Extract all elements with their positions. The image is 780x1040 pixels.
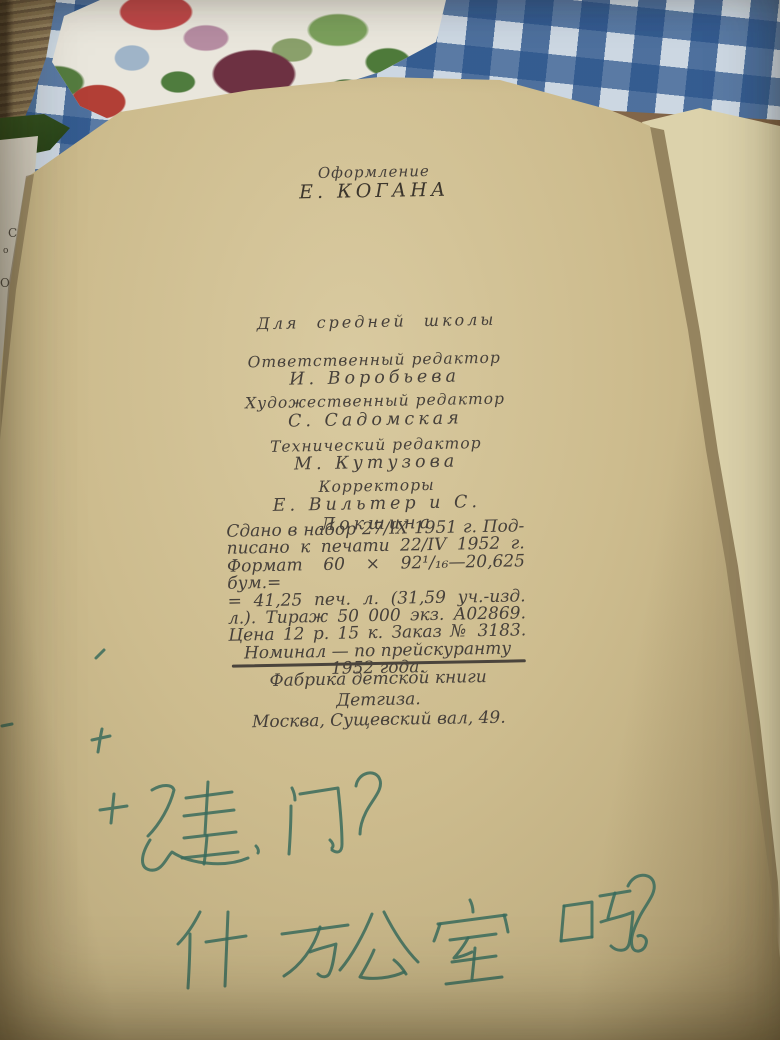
design-credit-name: Е. КОГАНА <box>254 178 494 204</box>
audience-line: Для средней школы <box>231 309 521 333</box>
handwriting-stray-marks <box>2 650 110 752</box>
imprint-line: Сдано в набор 27/IX 1951 г. Под- <box>226 518 524 541</box>
photo-vignette <box>0 0 780 1040</box>
marginal-letter: С <box>8 226 17 240</box>
page-edge-shadow <box>0 0 780 1040</box>
staff-name: М. Кутузова <box>231 450 521 475</box>
handwriting-transcription-line1: 进 门 ? <box>0 0 1 1</box>
handwriting-overlay <box>0 0 780 1040</box>
design-credit-label: Оформление <box>274 161 474 183</box>
photo-of-book-colophon: С о О Оформление Е. КОГАНА Для средней ш… <box>0 0 780 1040</box>
staff-role: Ответственный редактор <box>229 348 519 371</box>
green-fabric-leaves <box>0 0 80 165</box>
imprint-line: = 41,25 печ. л. (31,59 уч.-изд. <box>228 588 526 611</box>
handwriting-line-2 <box>178 875 654 988</box>
publisher-line: Фабрика детской книги Детгиза. <box>227 666 530 713</box>
underlying-page <box>0 0 780 1040</box>
staff-role: Технический редактор <box>231 433 521 456</box>
imprint-line: писано к печати 22/IV 1952 г. <box>227 536 525 559</box>
page-left-edge-shadow <box>0 0 780 1040</box>
imprint-block: Сдано в набор 27/IX 1951 г. Под- писано … <box>226 518 527 680</box>
floral-fabric <box>36 0 446 135</box>
staff-name: С. Садомская <box>230 407 520 432</box>
colophon-page <box>0 0 780 1040</box>
staff-name: И. Воробьева <box>229 365 519 390</box>
marginal-letter: о <box>3 246 8 256</box>
imprint-line: Номинал — по прейскуранту <box>228 640 526 663</box>
book-cover-edge <box>0 0 780 200</box>
publisher-line: Москва, Сущевский вал, 49. <box>228 707 530 733</box>
gingham-tablecloth <box>0 0 780 251</box>
printed-colophon-text: Оформление Е. КОГАНА Для средней школы О… <box>0 0 780 1040</box>
staff-name: Е. Вильтер и С. Локшина <box>227 491 528 536</box>
imprint-line: л.). Тираж 50 000 экз. А02869. <box>228 605 526 628</box>
imprint-line: Цена 12 р. 15 к. Заказ № 3183. <box>228 623 526 646</box>
staff-role: Художественный редактор <box>230 389 520 412</box>
marginal-letter: О <box>0 276 10 290</box>
imprint-line: Формат 60 × 92¹/₁₆—20,625 бум.= <box>227 553 526 593</box>
imprint-line: 1952 года. <box>229 658 527 681</box>
divider-rule <box>232 659 526 667</box>
adjacent-page-fragment: С о О <box>0 130 44 450</box>
handwriting-line-1 <box>100 773 381 870</box>
handwriting-transcription-line2: 什 万 公 室 吗 ? <box>0 0 1 1</box>
old-book-page-edges <box>0 0 70 135</box>
staff-role: Корректоры <box>231 474 521 497</box>
publisher-block: Фабрика детской книги Детгиза. Москва, С… <box>227 666 530 733</box>
